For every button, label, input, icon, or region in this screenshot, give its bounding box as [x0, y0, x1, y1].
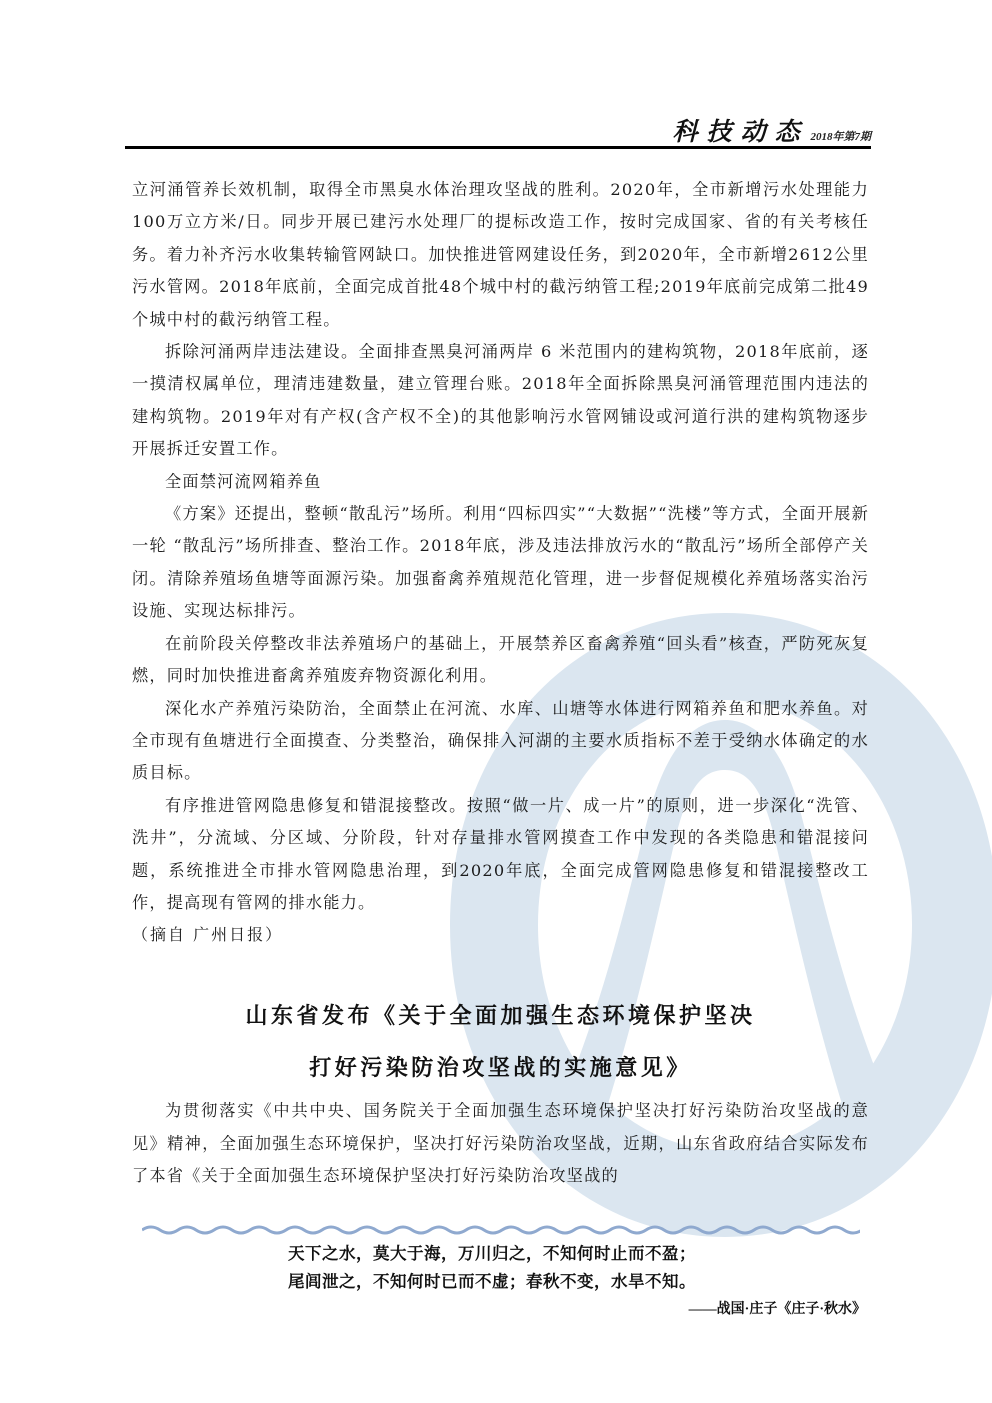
magazine-title: 科技动态 [672, 117, 808, 146]
header-rule-divider [125, 146, 871, 149]
article2-title-line-2: 打好污染防治攻坚战的实施意见》 [132, 1051, 869, 1085]
article1-paragraph-3: 《方案》还提出，整顿“散乱污”场所。利用“四标四实”“大数据”“洗楼”等方式，全… [132, 498, 869, 628]
magazine-header: 科技动态2018年第7期 [125, 112, 871, 146]
quote-line-2: 尾闾泄之，不知何时已而不虚；春秋不变，水旱不知。 [120, 1268, 866, 1296]
article1-paragraph-2: 拆除河涌两岸违法建设。全面排查黑臭河涌两岸 6 米范围内的建构筑物，2018年底… [132, 336, 869, 466]
article1-subheading: 全面禁河流网箱养鱼 [132, 466, 869, 498]
page-content: 立河涌管养长效机制，取得全市黑臭水体治理攻坚战的胜利。2020年，全市新增污水处… [132, 174, 869, 1193]
quote-line-1: 天下之水，莫大于海，万川归之，不知何时止而不盈； [120, 1240, 866, 1268]
article1-paragraph-1: 立河涌管养长效机制，取得全市黑臭水体治理攻坚战的胜利。2020年，全市新增污水处… [132, 174, 869, 336]
issue-number: 2018年第7期 [811, 131, 872, 143]
article1-paragraph-4: 在前阶段关停整改非法养殖场户的基础上，开展禁养区畜禽养殖“回头看”核查，严防死灰… [132, 628, 869, 693]
article2-paragraph-1: 为贯彻落实《中共中央、国务院关于全面加强生态环境保护坚决打好污染防治攻坚战的意见… [132, 1095, 869, 1192]
article1-paragraph-6: 有序推进管网隐患修复和错混接整改。按照“做一片、成一片”的原则，进一步深化“洗管… [132, 790, 869, 920]
article1-paragraph-5: 深化水产养殖污染防治，全面禁止在河流、水库、山塘等水体进行网箱养鱼和肥水养鱼。对… [132, 693, 869, 790]
footer-quote: 天下之水，莫大于海，万川归之，不知何时止而不盈； 尾闾泄之，不知何时已而不虚；春… [120, 1240, 866, 1322]
article2-title-line-1: 山东省发布《关于全面加强生态环境保护坚决 [132, 999, 869, 1033]
article1-source: （摘自 广州日报） [132, 919, 869, 951]
quote-attribution: ——战国·庄子《庄子·秋水》 [120, 1298, 866, 1322]
wave-divider-icon [142, 1222, 860, 1236]
